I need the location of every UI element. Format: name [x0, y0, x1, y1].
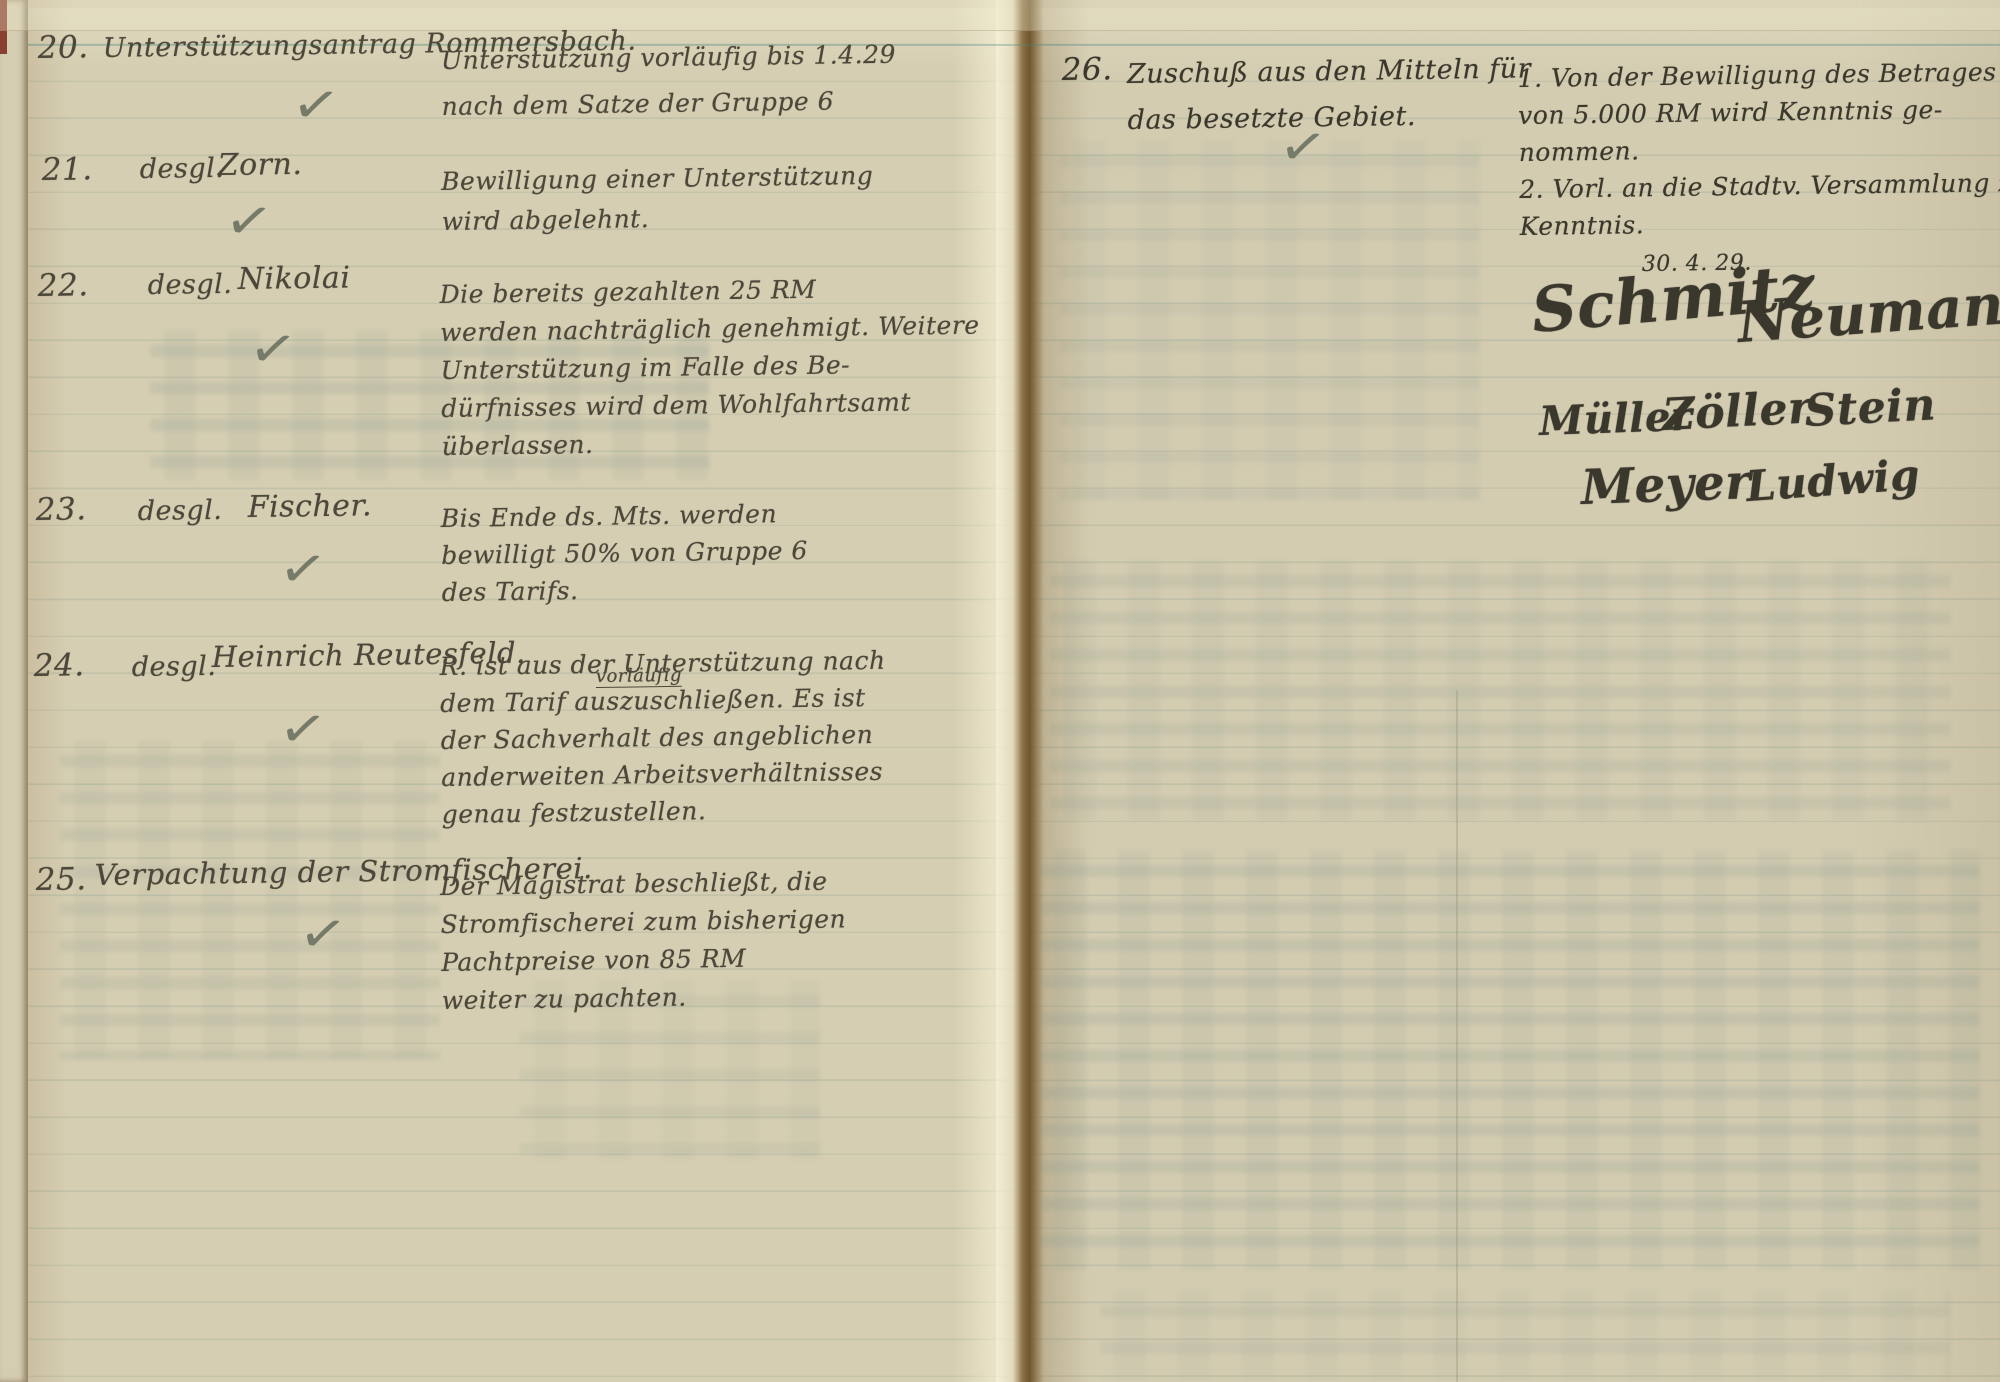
resolution-line: von 5.000 RM wird Kenntnis ge- [1518, 91, 1978, 134]
resolution-line: Der Magistrat beschließt, die [440, 862, 840, 906]
checkmark-icon: ✓ [1275, 113, 1331, 180]
resolution-line: nommen. [1518, 128, 1978, 171]
resolution-line: 2. Vorl. an die Stadtv. Versammlung zur [1519, 165, 1979, 208]
subject-line: das besetzte Gebiet. [1127, 92, 1548, 144]
entry-number: 24. [33, 647, 84, 684]
ledger-spread: 20. Unterstützungsantrag Rommersbach. ✓ … [0, 0, 2000, 1382]
signature: Meyer [1580, 454, 1752, 516]
resolution-line: Kenntnis. [1519, 202, 1979, 245]
resolution-line: 1. Von der Bewilligung des Betrages [1517, 54, 1977, 97]
resolution-line: dem Tarif auszuschließen. Es ist [440, 679, 840, 722]
resolution-line: des Tarifs. [441, 568, 841, 611]
checkmark-icon: ✓ [295, 900, 351, 967]
entry-resolution: Der Magistrat beschließt, die Stromfisch… [440, 862, 842, 1020]
ledger-entry-25: 25. Verpachtung der Stromfischerei. ✓ De… [0, 855, 2000, 1025]
entry-resolution: 1. Von der Bewilligung des Betrages von … [1517, 54, 1980, 245]
signature-block: 30. 4. 29. Schmitz Neumann Müller Zöller… [0, 250, 2000, 550]
underlying-page-edge [0, 0, 2000, 31]
ledger-entry-24: 24. desgl. Heinrich Reutesfeld. ✓ vorläu… [0, 640, 2000, 850]
resolution-line: Stromfischerei zum bisherigen [440, 900, 840, 944]
resolution-line: der Sachverhalt des angeblichen [440, 716, 840, 759]
entry-number: 26. [1061, 51, 1112, 88]
signature: Stein [1803, 379, 1937, 437]
signature: Zöller [1661, 382, 1813, 441]
checkmark-icon: ✓ [275, 695, 331, 762]
resolution-line: Pachtpreise von 85 RM [441, 938, 841, 982]
subject-line: Zuschuß aus den Mitteln für [1127, 46, 1548, 98]
entry-resolution: R. ist aus der Unterstützung nach dem Ta… [439, 642, 842, 833]
ledger-entry-26: 26. Zuschuß aus den Mitteln für das bese… [0, 48, 2000, 278]
entry-subject: Zuschuß aus den Mitteln für das besetzte… [1127, 46, 1548, 144]
entry-subject-prefix: desgl. [132, 651, 217, 683]
resolution-line: anderweiten Arbeitsverhältnisses [441, 753, 841, 796]
resolution-line: genau festzustellen. [441, 790, 841, 833]
resolution-line: weiter zu pachten. [441, 976, 841, 1020]
entry-number: 25. [35, 861, 86, 898]
resolution-line: R. ist aus der Unterstützung nach [439, 642, 839, 685]
signature: Ludwig [1745, 450, 1922, 511]
